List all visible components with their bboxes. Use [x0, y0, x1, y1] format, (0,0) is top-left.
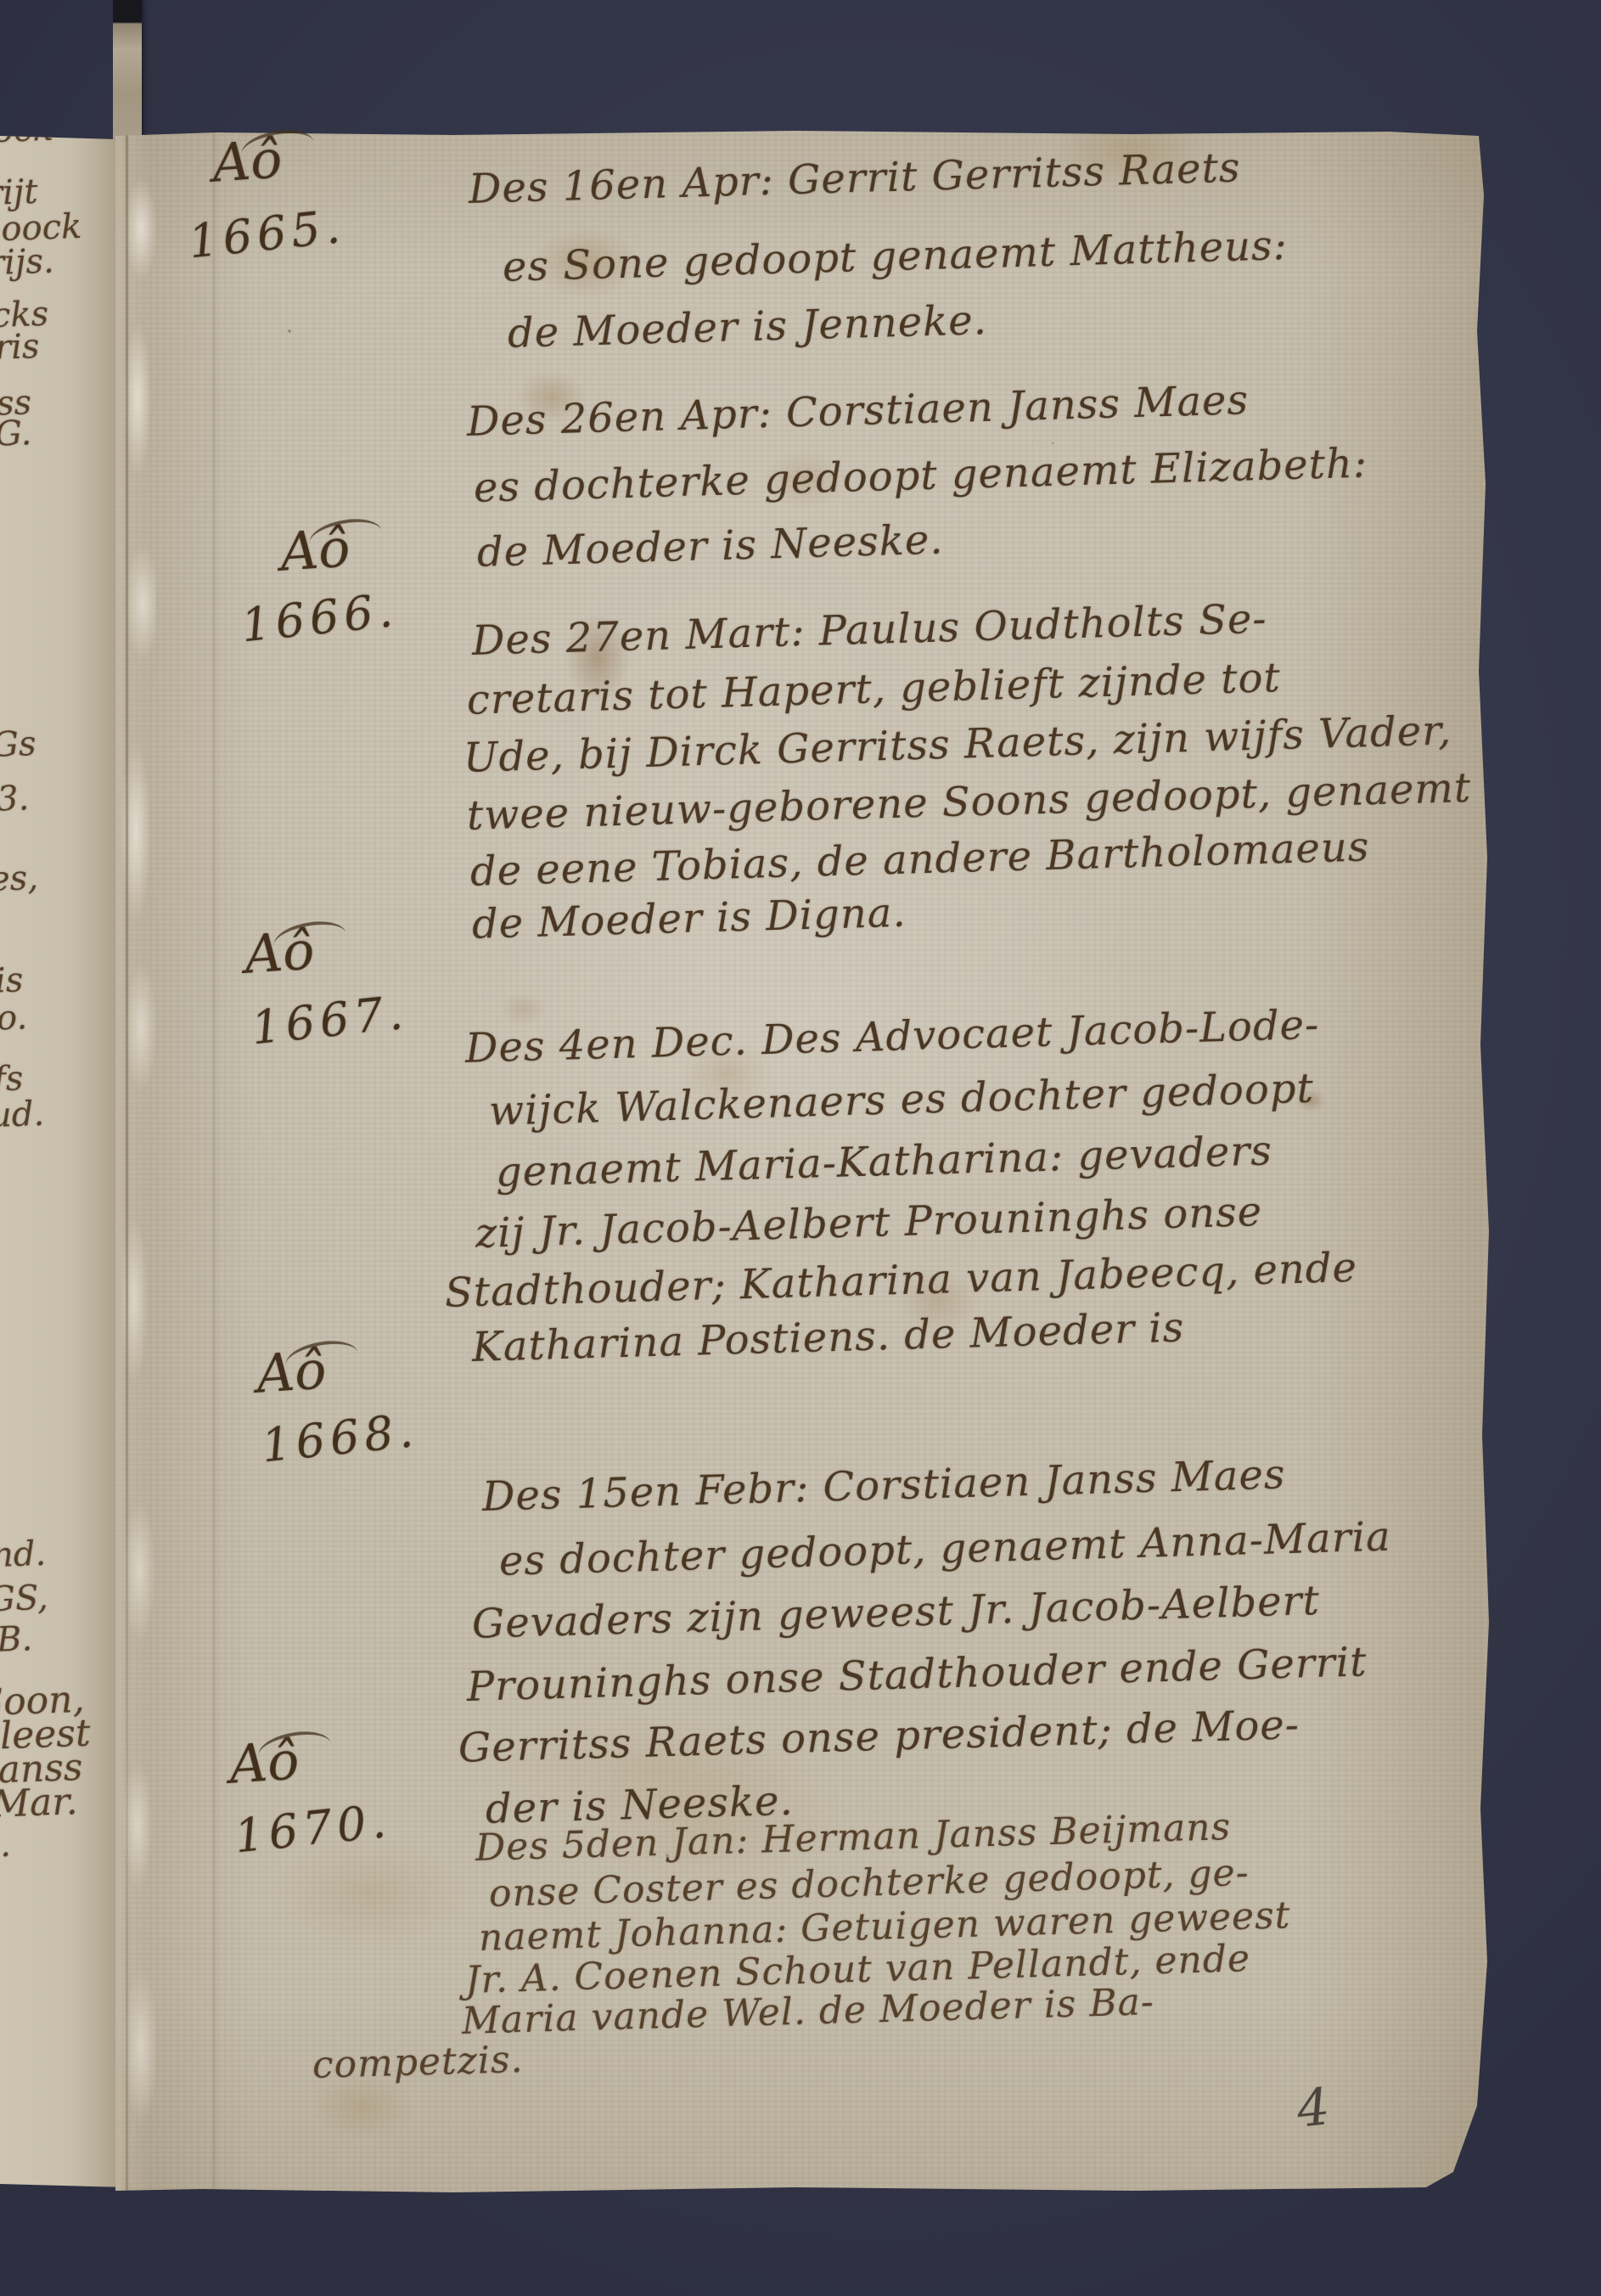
margin-anno-1668: Aô: [255, 1333, 402, 1405]
margin-anno-1667: Aô: [243, 914, 390, 986]
manuscript-scan: ock rijt , oock rijs. cks ris ss G. Gs 3…: [0, 0, 1601, 2296]
previous-page-edge: ock rijt , oock rijs. cks ris ss G. Gs 3…: [0, 129, 127, 2192]
prev-page-text-fragment: rijs.: [0, 242, 54, 284]
prev-page-text-fragment: GS,: [0, 1578, 48, 1619]
prev-page-text-fragment: .: [0, 1826, 12, 1865]
prev-page-text-fragment: rijt: [0, 172, 38, 213]
prev-page-text-fragment: o.: [0, 998, 28, 1038]
prev-page-text-fragment: B.: [0, 1619, 33, 1659]
prev-page-text-fragment: ud.: [0, 1095, 45, 1135]
margin-anno-1670: Aô: [228, 1724, 374, 1796]
bookmark-tab: [113, 0, 142, 139]
page-number: 4: [1294, 2077, 1332, 2140]
prev-page-text-fragment: ris: [0, 327, 40, 368]
prev-page-text-fragment: 3.: [0, 779, 30, 819]
prev-page-text-fragment: ock: [0, 110, 54, 150]
prev-page-text-fragment: es,: [0, 858, 39, 899]
prev-page-text-fragment: is: [0, 960, 24, 1000]
entry-line: competzis.: [312, 2039, 524, 2088]
prev-page-text-fragment: Mar.: [0, 1780, 78, 1826]
margin-anno-1665: Aô: [211, 122, 357, 194]
prev-page-text-fragment: fs: [0, 1059, 24, 1099]
prev-page-text-fragment: Gs: [0, 724, 37, 765]
prev-page-text-fragment: G.: [0, 414, 32, 453]
prev-page-text-fragment: nd.: [0, 1534, 47, 1575]
margin-anno-1666: Aô: [278, 511, 425, 583]
